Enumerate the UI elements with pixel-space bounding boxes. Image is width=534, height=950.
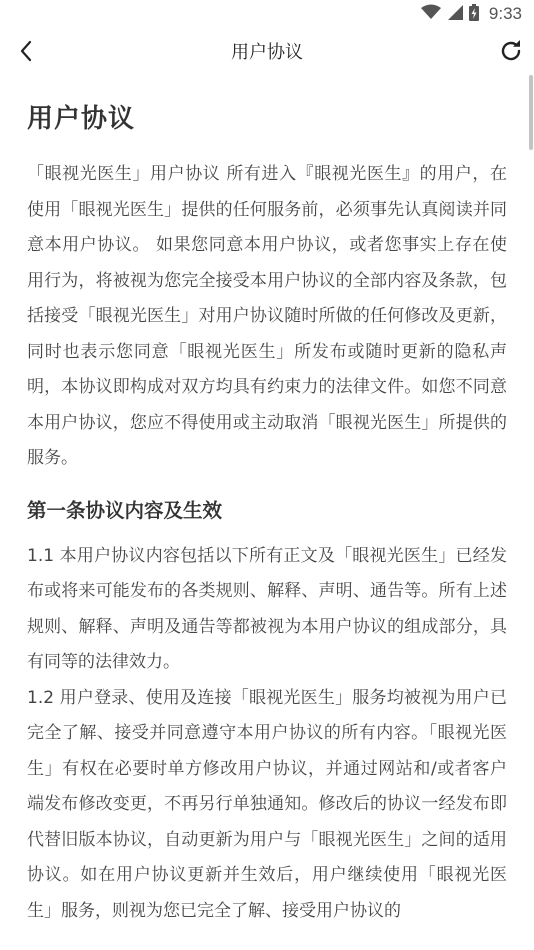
cellular-signal-icon bbox=[447, 4, 463, 24]
chevron-left-icon bbox=[19, 40, 33, 62]
nav-title: 用户协议 bbox=[231, 38, 303, 64]
intro-paragraph: 「眼视光医生」用户协议 所有进入『眼视光医生』的用户，在使用「眼视光医生」提供的… bbox=[27, 157, 507, 477]
agreement-content[interactable]: 用户协议 「眼视光医生」用户协议 所有进入『眼视光医生』的用户，在使用「眼视光医… bbox=[0, 74, 534, 950]
status-time: 9:33 bbox=[489, 4, 522, 24]
clause-1-2: 1.2 用户登录、使用及连接「眼视光医生」服务均被视为用户已完全了解、接受并同意… bbox=[27, 681, 507, 930]
scrollbar[interactable] bbox=[529, 75, 533, 150]
back-button[interactable] bbox=[14, 38, 38, 64]
document-title: 用户协议 bbox=[27, 98, 507, 135]
refresh-button[interactable] bbox=[498, 38, 524, 64]
nav-bar: 用户协议 bbox=[0, 28, 534, 74]
battery-charging-icon bbox=[469, 4, 479, 25]
section-heading: 第一条协议内容及生效 bbox=[27, 495, 507, 523]
refresh-icon bbox=[499, 39, 523, 63]
wifi-icon bbox=[421, 4, 441, 24]
status-bar: 9:33 bbox=[0, 0, 534, 28]
clause-1-1: 1.1 本用户协议内容包括以下所有正文及「眼视光医生」已经发布或将来可能发布的各… bbox=[27, 539, 507, 681]
